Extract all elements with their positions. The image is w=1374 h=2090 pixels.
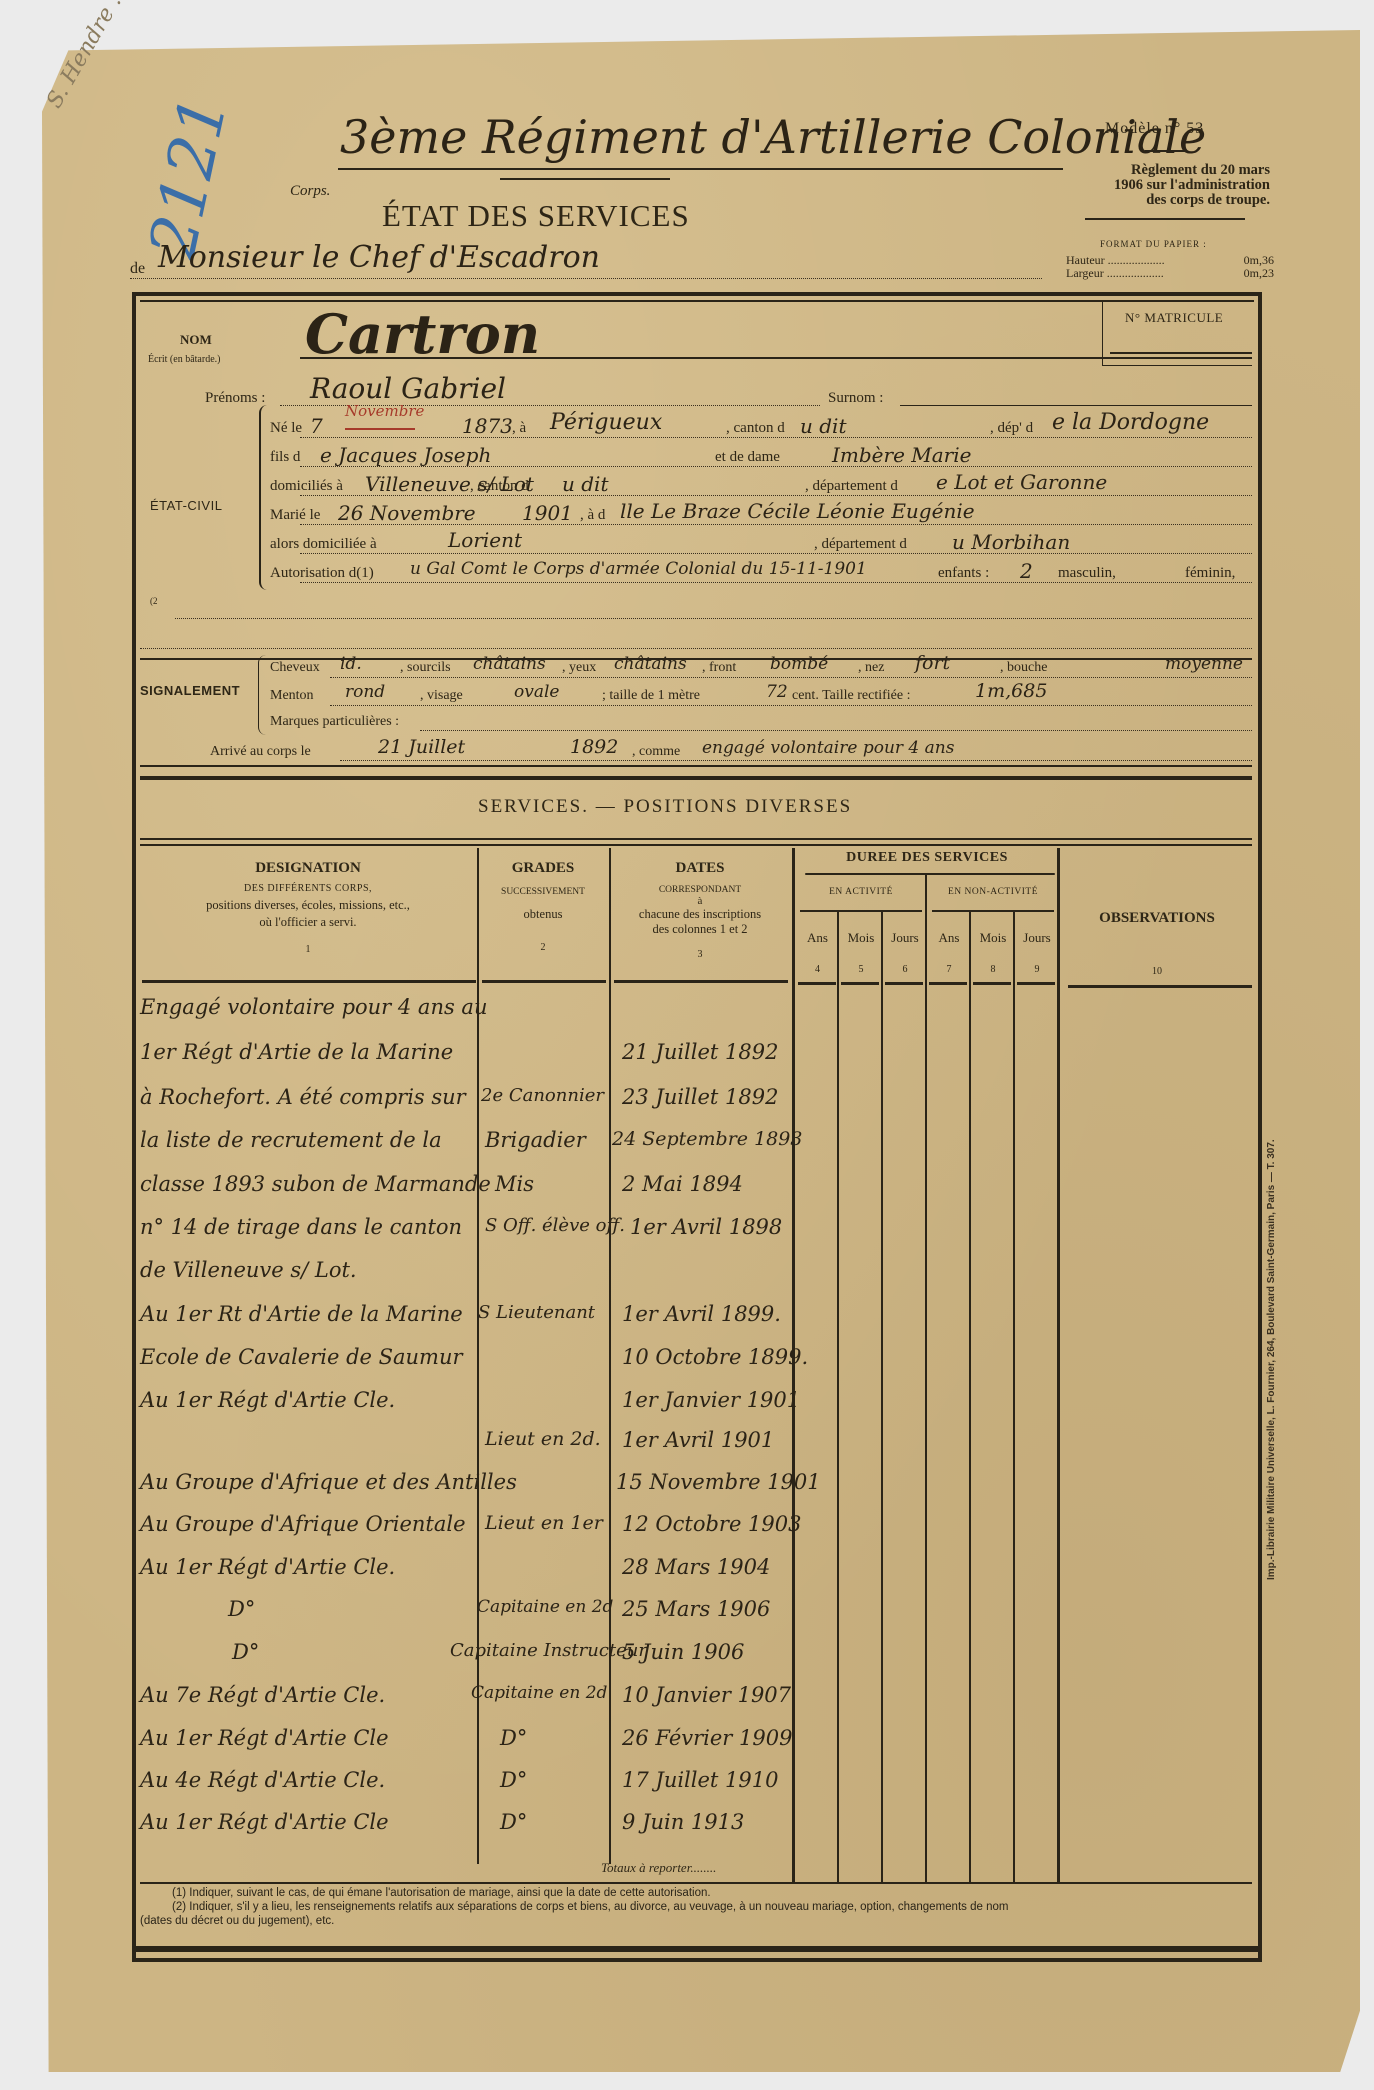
row-designation: Au 1er Régt d'Artie Cle. <box>140 1388 395 1412</box>
birth-line <box>300 437 1252 438</box>
signalement-label: SIGNALEMENT <box>140 683 240 698</box>
row-designation: Au 1er Régt d'Artie Cle. <box>140 1555 395 1579</box>
cheveux-label: Cheveux <box>270 660 320 676</box>
col6-label: Jours <box>883 930 927 946</box>
services-section-title: SERVICES. — POSITIONS DIVERSES <box>478 796 852 818</box>
visage-label: , visage <box>420 688 463 704</box>
cheveux-value: id. <box>340 654 362 674</box>
row-designation: Au 1er Régt d'Artie Cle <box>140 1726 389 1750</box>
paper-width-value: 0m,23 <box>1244 266 1274 281</box>
row-designation: Au 4e Régt d'Artie Cle. <box>140 1768 385 1792</box>
marriage-year: 1901 <box>522 501 573 525</box>
alors-label: alors domiciliée à <box>270 536 377 553</box>
printer-imprint: Imp.-Librairie Militaire Universelle, L.… <box>1266 1139 1277 1580</box>
col1-title: DESIGNATION <box>140 860 476 877</box>
col-divider-9-10 <box>1057 848 1060 1882</box>
taille-rectifiee-label: cent. Taille rectifiée : <box>792 688 910 704</box>
col6-header-rule <box>885 982 923 985</box>
paper-width-row: Largeur ................... 0m,23 <box>1066 266 1274 281</box>
signalement-brace <box>258 655 266 735</box>
row-designation: Au 1er Régt d'Artie Cle <box>140 1810 389 1834</box>
dep-label: , dép' d <box>990 420 1033 437</box>
marriage-a-label: , à d <box>580 507 605 524</box>
col-divider-8-9 <box>1013 912 1015 1882</box>
col9-label: Jours <box>1015 930 1059 946</box>
col4-number: 4 <box>796 964 839 975</box>
feminin-label: féminin, <box>1185 565 1235 582</box>
row-grade: Capitaine en 2d <box>477 1597 613 1617</box>
enfants-label: enfants : <box>938 565 989 582</box>
col2-sub: obtenus <box>478 907 608 922</box>
marques-line <box>420 730 1252 731</box>
col1-number: 1 <box>140 944 476 955</box>
col1-sub: DES DIFFÉRENTS CORPS, <box>140 883 476 894</box>
row-designation: Au Groupe d'Afrique Orientale <box>140 1512 466 1536</box>
marriage-line <box>300 524 1252 525</box>
col9-header-rule <box>1017 982 1055 985</box>
row-date: 1er Avril 1901 <box>622 1428 774 1452</box>
footnote-2-cont: (dates du décret ou du jugement), etc. <box>140 1915 334 1927</box>
row-date: 26 Février 1909 <box>622 1726 792 1750</box>
col3-sub: chacune des inscriptions <box>610 907 790 922</box>
note2-line <box>175 618 1252 619</box>
col8-header-rule <box>973 982 1011 985</box>
regulation-line: des corps de troupe. <box>1066 193 1270 208</box>
paper-format-title: FORMAT DU PAPIER : <box>1100 239 1207 249</box>
rank-underline <box>130 278 1042 279</box>
signalement-line-1 <box>330 677 1252 678</box>
col4-header-rule <box>798 982 836 985</box>
matricule-label: N° MATRICULE <box>1125 310 1223 326</box>
col-divider-6-7 <box>925 875 927 1882</box>
surnom-line <box>900 405 1252 406</box>
bouche-value: moyenne <box>1165 654 1243 674</box>
non-activite-label: EN NON-ACTIVITÉ <box>928 887 1058 897</box>
activite-brace <box>800 910 922 912</box>
nez-value: fort <box>915 652 950 674</box>
row-date: 15 Novembre 1901 <box>616 1470 821 1494</box>
col8-number: 8 <box>971 964 1015 975</box>
corps-label: Corps. <box>290 183 330 200</box>
spouse-value: lle Le Braze Cécile Léonie Eugénie <box>620 499 975 523</box>
menton-value: rond <box>345 682 385 702</box>
row-date: 25 Mars 1906 <box>622 1597 770 1621</box>
row-grade: Lieut en 1er <box>485 1512 603 1534</box>
fils-de-label: fils d <box>270 449 300 466</box>
etat-civil-brace <box>259 405 267 590</box>
row-designation: Au Groupe d'Afrique et des Antilles <box>140 1470 517 1494</box>
bouche-label: , bouche <box>1000 660 1047 676</box>
taille-value: 72 <box>766 682 788 702</box>
footnote-2: (2) Indiquer, s'il y a lieu, les renseig… <box>172 1901 1008 1913</box>
row-designation: 1er Régt d'Artie de la Marine <box>140 1040 453 1064</box>
autorisation-label: Autorisation d(1) <box>270 565 374 582</box>
col1-header-rule <box>142 980 476 983</box>
marie-label: Marié le <box>270 507 320 524</box>
de-label: de <box>130 260 145 278</box>
birth-place-label: , à <box>512 420 526 437</box>
row-date: 1er Janvier 1901 <box>622 1388 800 1412</box>
row-designation: D° <box>232 1640 259 1664</box>
canton-value: u dit <box>800 414 846 438</box>
ornament-rule <box>500 178 670 180</box>
row-grade: Brigadier <box>485 1128 586 1152</box>
birth-month-correction: Novembre <box>345 402 424 420</box>
domicile-line <box>300 495 1252 496</box>
col2-header-rule <box>482 980 606 983</box>
sourcils-value: châtains <box>473 654 546 674</box>
col2-number: 2 <box>478 942 608 953</box>
row-grade: S Off. élève off. <box>485 1215 625 1236</box>
row-grade: D° <box>500 1768 527 1792</box>
row-grade: Capitaine Instructeur <box>450 1640 647 1661</box>
strikethrough <box>345 428 415 430</box>
nez-label: , nez <box>858 660 884 676</box>
paper-width-label: Largeur ................... <box>1066 266 1164 281</box>
taille-label: ; taille de 1 mètre <box>602 688 700 704</box>
canton2-label: , canton d <box>470 478 529 495</box>
row-date: 17 Juillet 1910 <box>622 1768 778 1792</box>
birth-year: 1873 <box>462 414 513 438</box>
regulation-line: 1906 sur l'administration <box>1066 178 1270 193</box>
col-divider-7-8 <box>969 912 971 1882</box>
col6-number: 6 <box>883 964 927 975</box>
taille-rectifiee-value: 1m,685 <box>975 680 1047 702</box>
col-divider-4-5 <box>837 912 839 1882</box>
col3-title: DATES <box>610 860 790 877</box>
col5-number: 5 <box>839 964 883 975</box>
totaux-label: Totaux à reporter........ <box>601 1860 716 1876</box>
masculin-label: masculin, <box>1058 565 1116 582</box>
duree-brace <box>805 873 1055 875</box>
col3-sub: des colonnes 1 et 2 <box>610 922 790 937</box>
regulation-text: Règlement du 20 mars 1906 sur l'administ… <box>1066 163 1270 208</box>
row-grade: 2e Canonnier <box>481 1085 604 1106</box>
activite-label: EN ACTIVITÉ <box>796 887 926 897</box>
col3-header: DATES CORRESPONDANT à chacune des inscri… <box>610 860 790 960</box>
arrive-line <box>340 760 1252 761</box>
col3-sub: à <box>610 895 790 907</box>
front-label: , front <box>702 660 736 676</box>
col5-header-rule <box>841 982 879 985</box>
marques-label: Marques particulières : <box>270 714 399 730</box>
duree-title: DUREE DES SERVICES <box>796 850 1058 866</box>
col7-number: 7 <box>927 964 971 975</box>
row-date: 21 Juillet 1892 <box>622 1040 778 1064</box>
corps-value: 3ème Régiment d'Artillerie Coloniale <box>340 110 1206 164</box>
corps-underline <box>338 168 1063 170</box>
col5-label: Mois <box>839 930 883 946</box>
ornament-rule <box>1085 218 1245 220</box>
arrive-year: 1892 <box>570 736 618 758</box>
surnom-label: Surnom : <box>828 390 883 407</box>
prenoms-value: Raoul Gabriel <box>310 372 506 405</box>
yeux-label: , yeux <box>562 660 596 676</box>
section-rule-thick <box>140 776 1252 780</box>
canton2-value: u dit <box>562 472 608 496</box>
col10-header-rule <box>1068 985 1252 988</box>
autorisation-value: u Gal Comt le Corps d'armée Colonial du … <box>410 559 867 579</box>
nom-sublabel: Écrit (en bâtarde.) <box>148 354 220 365</box>
alors-line <box>300 553 1252 554</box>
note2-marker: (2 <box>150 596 158 606</box>
yeux-value: châtains <box>614 654 687 674</box>
mother-value: Imbère Marie <box>832 443 971 467</box>
row-designation: Ecole de Cavalerie de Saumur <box>140 1345 463 1369</box>
nom-label: NOM <box>180 332 212 348</box>
row-grade: S Lieutenant <box>478 1302 595 1323</box>
row-designation: classe 1893 subon de Marmande <box>140 1172 491 1196</box>
model-number: Modèle n° 53 <box>1105 120 1204 138</box>
visage-value: ovale <box>514 682 559 702</box>
departement-value: e Lot et Garonne <box>936 470 1107 494</box>
row-designation: la liste de recrutement de la <box>140 1128 442 1152</box>
frame-bottom-rule <box>136 1946 1262 1952</box>
row-date: 28 Mars 1904 <box>622 1555 770 1579</box>
row-grade: Capitaine en 2d <box>471 1683 607 1703</box>
row-designation: D° <box>228 1597 255 1621</box>
domicile-label: domiciliés à <box>270 478 343 495</box>
col4-label: Ans <box>796 930 839 946</box>
row-date: 1er Avril 1899. <box>622 1302 781 1326</box>
col2-header: GRADES SUCCESSIVEMENT obtenus 2 <box>478 860 608 953</box>
arrive-label: Arrivé au corps le <box>210 744 311 760</box>
prenoms-label: Prénoms : <box>205 390 265 407</box>
col9-number: 9 <box>1015 964 1059 975</box>
row-date: 5 Juin 1906 <box>622 1640 744 1664</box>
front-value: bombé <box>770 654 828 674</box>
note2-line-2 <box>140 648 1252 649</box>
birth-day: 7 <box>310 414 323 438</box>
canton-label: , canton d <box>726 420 785 437</box>
etat-civil-label: ÉTAT-CIVIL <box>150 498 222 513</box>
table-bottom-rule <box>140 1882 1252 1884</box>
row-grade: D° <box>500 1726 527 1750</box>
mother-label: et de dame <box>715 449 780 466</box>
row-designation: Au 1er Rt d'Artie de la Marine <box>140 1302 463 1326</box>
comme-label: , comme <box>632 744 680 760</box>
col-divider-2-3 <box>609 848 611 1864</box>
page-title: ÉTAT DES SERVICES <box>382 198 690 234</box>
table-top-rule <box>140 838 1252 840</box>
surname-underline <box>300 357 1252 359</box>
col3-number: 3 <box>610 949 790 960</box>
non-activite-brace <box>932 910 1054 912</box>
arrive-date: 21 Juillet <box>378 736 465 758</box>
row-date: 24 Septembre 1893 <box>612 1128 802 1150</box>
dep-value: e la Dordogne <box>1052 410 1209 435</box>
matricule-line <box>1110 352 1252 354</box>
departement2-label: , département d <box>814 536 907 553</box>
enfants-value: 2 <box>1020 559 1033 583</box>
row-designation: n° 14 de tirage dans le canton <box>140 1215 462 1239</box>
autorisation-line <box>300 582 1252 583</box>
row-grade: Mis <box>495 1172 534 1196</box>
col1-sub: où l'officier a servi. <box>140 915 476 930</box>
menton-label: Menton <box>270 688 314 704</box>
row-designation: de Villeneuve s/ Lot. <box>140 1258 357 1282</box>
rank-value: Monsieur le Chef d'Escadron <box>158 240 600 275</box>
row-date: 1er Avril 1898 <box>630 1215 782 1239</box>
col3-header-rule <box>614 980 788 983</box>
section-rule <box>140 765 1252 767</box>
father-value: e Jacques Joseph <box>320 443 491 467</box>
row-designation: Engagé volontaire pour 4 ans au <box>140 995 487 1019</box>
col7-label: Ans <box>927 930 971 946</box>
col2-title: GRADES <box>478 860 608 877</box>
alors-value: Lorient <box>448 528 522 552</box>
departement2-value: u Morbihan <box>952 530 1070 554</box>
row-date: 10 Octobre 1899. <box>622 1345 808 1369</box>
col3-sub: CORRESPONDANT <box>610 885 790 895</box>
row-date: 9 Juin 1913 <box>622 1810 744 1834</box>
parents-line <box>300 466 1252 467</box>
row-date: 10 Janvier 1907 <box>622 1683 791 1707</box>
row-grade: D° <box>500 1810 527 1834</box>
row-date: 12 Octobre 1903 <box>622 1512 801 1536</box>
sourcils-label: , sourcils <box>400 660 451 676</box>
departement-label: , département d <box>805 478 898 495</box>
col1-sub: positions diverses, écoles, missions, et… <box>140 898 476 913</box>
signalement-line-2 <box>330 705 1252 706</box>
col7-header-rule <box>929 982 967 985</box>
col8-label: Mois <box>971 930 1015 946</box>
regulation-line: Règlement du 20 mars <box>1066 163 1270 178</box>
table-top-rule-2 <box>140 844 1252 846</box>
model-rule <box>1145 150 1187 152</box>
row-grade: Lieut en 2d. <box>485 1428 601 1450</box>
col1-header: DESIGNATION DES DIFFÉRENTS CORPS, positi… <box>140 860 476 955</box>
footnote-1: (1) Indiquer, suivant le cas, de qui éma… <box>172 1887 711 1899</box>
row-designation: à Rochefort. A été compris sur <box>140 1085 466 1109</box>
birth-place-value: Périgueux <box>550 410 662 435</box>
row-date: 23 Juillet 1892 <box>622 1085 778 1109</box>
observations-title: OBSERVATIONS <box>1062 910 1252 927</box>
marriage-date: 26 Novembre <box>338 501 476 525</box>
ne-le-label: Né le <box>270 420 302 437</box>
row-date: 2 Mai 1894 <box>622 1172 743 1196</box>
comme-value: engagé volontaire pour 4 ans <box>702 738 954 758</box>
col2-sub: SUCCESSIVEMENT <box>478 887 608 897</box>
col10-number: 10 <box>1062 966 1252 977</box>
col-divider-5-6 <box>881 912 883 1882</box>
row-designation: Au 7e Régt d'Artie Cle. <box>140 1683 385 1707</box>
